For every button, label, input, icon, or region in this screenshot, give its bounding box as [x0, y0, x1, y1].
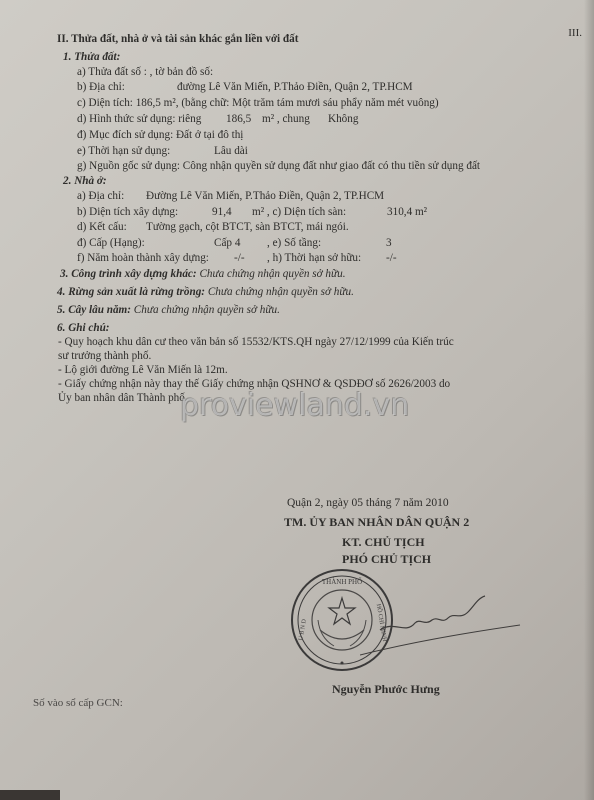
- note-line: - Quy hoạch khu dân cư theo văn bản số 1…: [58, 336, 454, 349]
- section-title: II. Thửa đất, nhà ở và tài sản khác gắn …: [57, 33, 298, 46]
- other-works: 3. Công trình xây dựng khác: Chưa chứng …: [60, 268, 346, 281]
- registry-number-label: Số vào sổ cấp GCN:: [33, 697, 123, 710]
- parcel-address-label: b) Địa chỉ:: [77, 81, 125, 94]
- floor-area-label: m² , c) Diện tích sàn:: [252, 206, 346, 219]
- parcel-heading: 1. Thửa đất:: [63, 51, 120, 64]
- svg-text:U B N D: U B N D: [298, 618, 308, 641]
- parcel-area: c) Diện tích: 186,5 m², (bằng chữ: Một t…: [77, 97, 439, 110]
- house-heading: 2. Nhà ở:: [63, 175, 107, 188]
- svg-text:THÀNH PHỐ: THÀNH PHỐ: [322, 578, 362, 586]
- on-behalf-title: KT. CHỦ TỊCH: [342, 535, 425, 550]
- usage-purpose: đ) Mục đích sử dụng: Đất ở tại đô thị: [77, 129, 243, 142]
- floors-value: 3: [386, 237, 392, 250]
- build-area-value: 91,4: [212, 206, 232, 219]
- issue-date: Quận 2, ngày 05 tháng 7 năm 2010: [287, 497, 449, 510]
- completion-year-value: -/-: [234, 252, 245, 265]
- floors-label: , e) Số tầng:: [267, 237, 321, 250]
- usage-term-value: Lâu dài: [214, 145, 248, 158]
- ownership-term-label: , h) Thời hạn sở hữu:: [267, 252, 361, 265]
- ownership-term-value: -/-: [386, 252, 397, 265]
- planted-forest-value: Chưa chứng nhận quyền sở hữu.: [208, 286, 354, 298]
- floor-area-value: 310,4 m²: [387, 206, 427, 219]
- grade-value: Cấp 4: [214, 237, 240, 250]
- background-corner: [0, 790, 60, 800]
- signer-name: Nguyễn Phước Hưng: [332, 682, 440, 697]
- usage-form-label: d) Hình thức sử dụng: riêng: [77, 113, 201, 126]
- planted-forest: 4. Rừng sản xuất là rừng trồng: Chưa chứ…: [57, 286, 354, 299]
- handwritten-signature-icon: [360, 590, 530, 660]
- structure-label: d) Kết cấu:: [77, 221, 127, 234]
- planted-forest-label: 4. Rừng sản xuất là rừng trồng:: [57, 286, 205, 298]
- note-line: Ủy ban nhân dân Thành phố: [58, 392, 185, 405]
- notes-heading: 6. Ghi chú:: [57, 322, 110, 335]
- perennial-trees-value: Chưa chứng nhận quyền sở hữu.: [134, 304, 280, 316]
- paper-edge-shadow: [584, 0, 594, 800]
- corner-mark: III.: [568, 27, 582, 40]
- perennial-trees: 5. Cây lâu năm: Chưa chứng nhận quyền sở…: [57, 304, 280, 317]
- grade-label: đ) Cấp (Hạng):: [77, 237, 145, 250]
- usage-unit: m² , chung: [262, 113, 310, 126]
- note-line: - Lộ giới đường Lê Văn Miến là 12m.: [58, 364, 228, 377]
- note-line: sư trưởng thành phố.: [58, 350, 151, 363]
- watermark: proviewland.vn: [180, 388, 409, 423]
- build-area-label: b) Diện tích xây dựng:: [77, 206, 178, 219]
- issuing-authority: TM. ỦY BAN NHÂN DÂN QUẬN 2: [284, 515, 469, 530]
- usage-shared-value: Không: [328, 113, 358, 126]
- usage-origin: g) Nguồn gốc sử dụng: Công nhận quyền sử…: [77, 160, 480, 173]
- perennial-trees-label: 5. Cây lâu năm:: [57, 304, 131, 316]
- signer-title: PHÓ CHỦ TỊCH: [342, 552, 431, 567]
- usage-term-label: e) Thời hạn sử dụng:: [77, 145, 170, 158]
- other-works-label: 3. Công trình xây dựng khác:: [60, 268, 197, 280]
- completion-year-label: f) Năm hoàn thành xây dựng:: [77, 252, 209, 265]
- parcel-number: a) Thửa đất số : , tờ bản đồ số:: [77, 66, 213, 79]
- structure-value: Tường gạch, cột BTCT, sàn BTCT, mái ngói…: [146, 221, 349, 234]
- house-address-label: a) Địa chỉ:: [77, 190, 124, 203]
- usage-private-value: 186,5: [226, 113, 251, 126]
- parcel-address-value: đường Lê Văn Miến, P.Thảo Điền, Quận 2, …: [177, 81, 413, 94]
- certificate-page: III. II. Thửa đất, nhà ở và tài sản khác…: [0, 0, 594, 800]
- other-works-value: Chưa chứng nhận quyền sở hữu.: [199, 268, 345, 280]
- house-address-value: Đường Lê Văn Miến, P.Thảo Điền, Quận 2, …: [146, 190, 384, 203]
